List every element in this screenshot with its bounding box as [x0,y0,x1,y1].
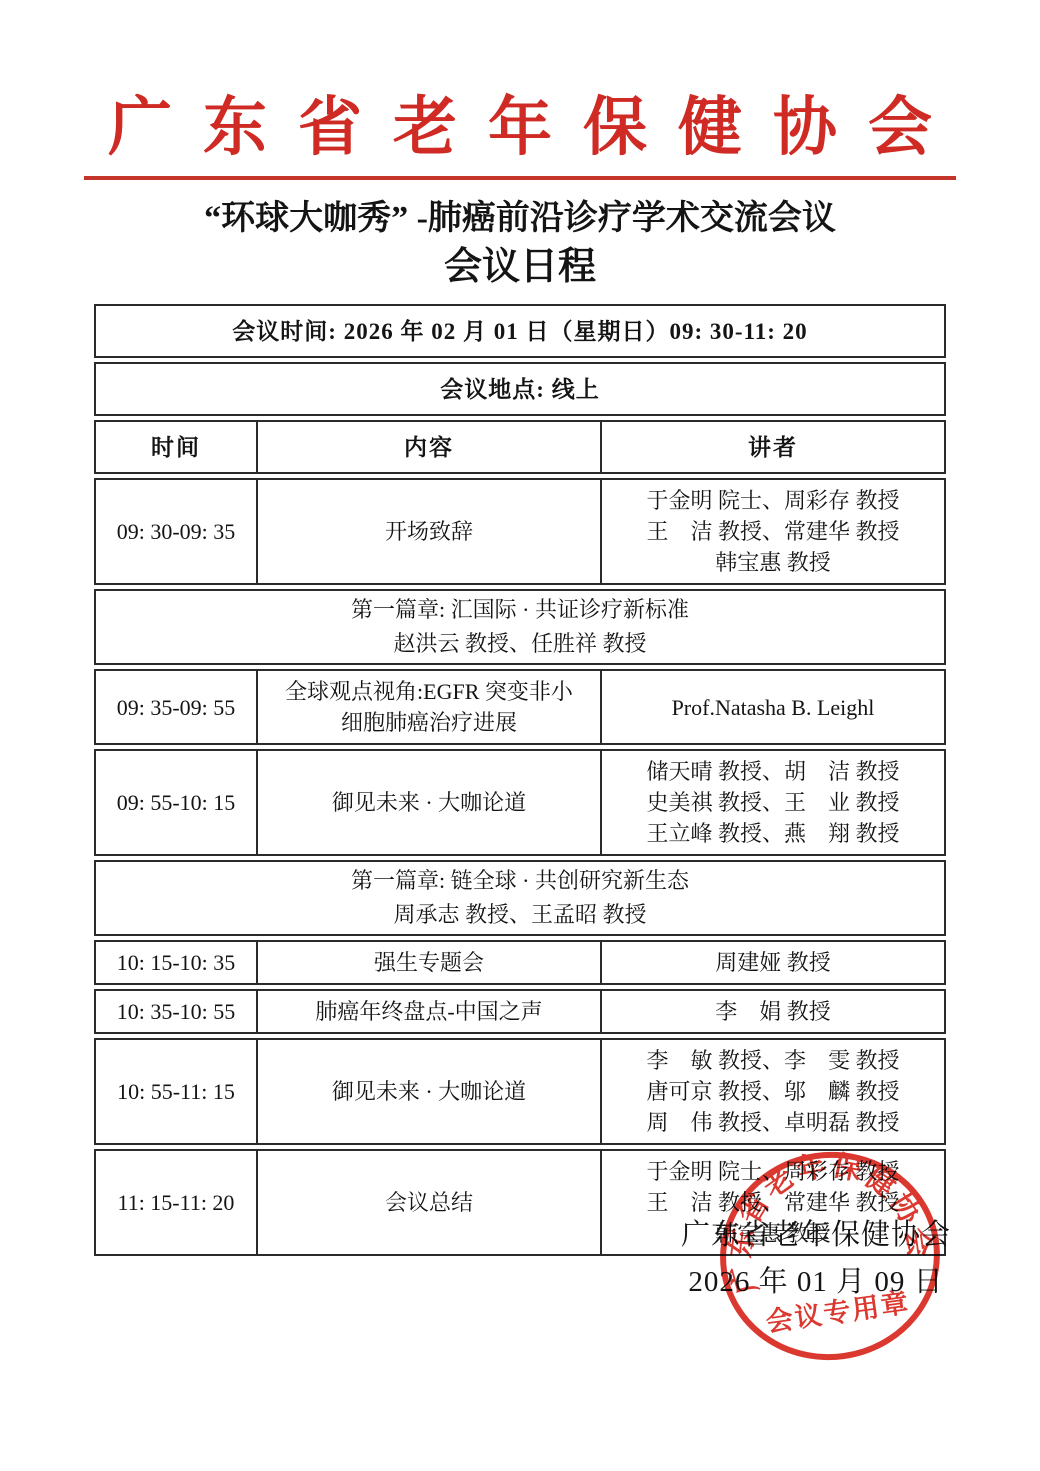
letterhead-org-title: 广东省老年保健协会 [0,0,1040,172]
section-row: 第一篇章: 汇国际 · 共证诊疗新标准 赵洪云 教授、任胜祥 教授 [94,589,946,665]
session-row: 10: 35-10: 55 肺癌年终盘点-中国之声 李 娟 教授 [94,989,946,1034]
session-time: 11: 15-11: 20 [94,1149,258,1256]
session-time: 10: 35-10: 55 [94,989,258,1034]
conference-title: “环球大咖秀” -肺癌前沿诊疗学术交流会议 [0,198,1040,240]
document-page: 广东省老年保健协会 “环球大咖秀” -肺癌前沿诊疗学术交流会议 会议日程 会议时… [0,0,1040,1471]
signature-block: 广东省老年保健协会 2026 年 01 月 09 日 [633,1212,999,1306]
session-speakers: 储天晴 教授、胡 洁 教授 史美祺 教授、王 业 教授 王立峰 教授、燕 翔 教… [602,749,946,856]
column-header-row: 时间 内容 讲者 [94,420,946,474]
session-time: 09: 30-09: 35 [94,478,258,585]
session-row: 09: 30-09: 35 开场致辞 于金明 院士、周彩存 教授 王 洁 教授、… [94,478,946,585]
signature-date: 2026 年 01 月 09 日 [633,1259,999,1306]
meeting-time: 会议时间: 2026 年 02 月 01 日（星期日）09: 30-11: 20 [94,304,946,358]
header-content: 内容 [258,420,602,474]
meta-time-row: 会议时间: 2026 年 02 月 01 日（星期日）09: 30-11: 20 [94,304,946,358]
agenda-title: 会议日程 [0,244,1040,290]
session-time: 10: 15-10: 35 [94,940,258,985]
session-time: 09: 35-09: 55 [94,669,258,745]
session-speakers: 周建娅 教授 [602,940,946,985]
session-content: 开场致辞 [258,478,602,585]
section-title: 第一篇章: 汇国际 · 共证诊疗新标准 赵洪云 教授、任胜祥 教授 [94,589,946,665]
session-row: 09: 35-09: 55 全球观点视角:EGFR 突变非小 细胞肺癌治疗进展 … [94,669,946,745]
session-content: 全球观点视角:EGFR 突变非小 细胞肺癌治疗进展 [258,669,602,745]
session-row: 10: 55-11: 15 御见未来 · 大咖论道 李 敏 教授、李 雯 教授 … [94,1038,946,1145]
session-speakers: Prof.Natasha B. Leighl [602,669,946,745]
session-content: 强生专题会 [258,940,602,985]
session-content: 御见未来 · 大咖论道 [258,1038,602,1145]
session-time: 09: 55-10: 15 [94,749,258,856]
meeting-location: 会议地点: 线上 [94,362,946,416]
session-speakers: 李 敏 教授、李 雯 教授 唐可京 教授、邬 麟 教授 周 伟 教授、卓明磊 教… [602,1038,946,1145]
meta-location-row: 会议地点: 线上 [94,362,946,416]
session-content: 御见未来 · 大咖论道 [258,749,602,856]
session-speakers: 李 娟 教授 [602,989,946,1034]
signature-org: 广东省老年保健协会 [633,1212,999,1259]
header-time: 时间 [94,420,258,474]
agenda-table: 会议时间: 2026 年 02 月 01 日（星期日）09: 30-11: 20… [94,300,946,1260]
session-row: 09: 55-10: 15 御见未来 · 大咖论道 储天晴 教授、胡 洁 教授 … [94,749,946,856]
section-title: 第一篇章: 链全球 · 共创研究新生态 周承志 教授、王孟昭 教授 [94,860,946,936]
session-content: 会议总结 [258,1149,602,1256]
header-speaker: 讲者 [602,420,946,474]
session-content: 肺癌年终盘点-中国之声 [258,989,602,1034]
session-speakers: 于金明 院士、周彩存 教授 王 洁 教授、常建华 教授 韩宝惠 教授 [602,478,946,585]
session-time: 10: 55-11: 15 [94,1038,258,1145]
session-row: 10: 15-10: 35 强生专题会 周建娅 教授 [94,940,946,985]
section-row: 第一篇章: 链全球 · 共创研究新生态 周承志 教授、王孟昭 教授 [94,860,946,936]
letterhead-rule [84,176,956,180]
